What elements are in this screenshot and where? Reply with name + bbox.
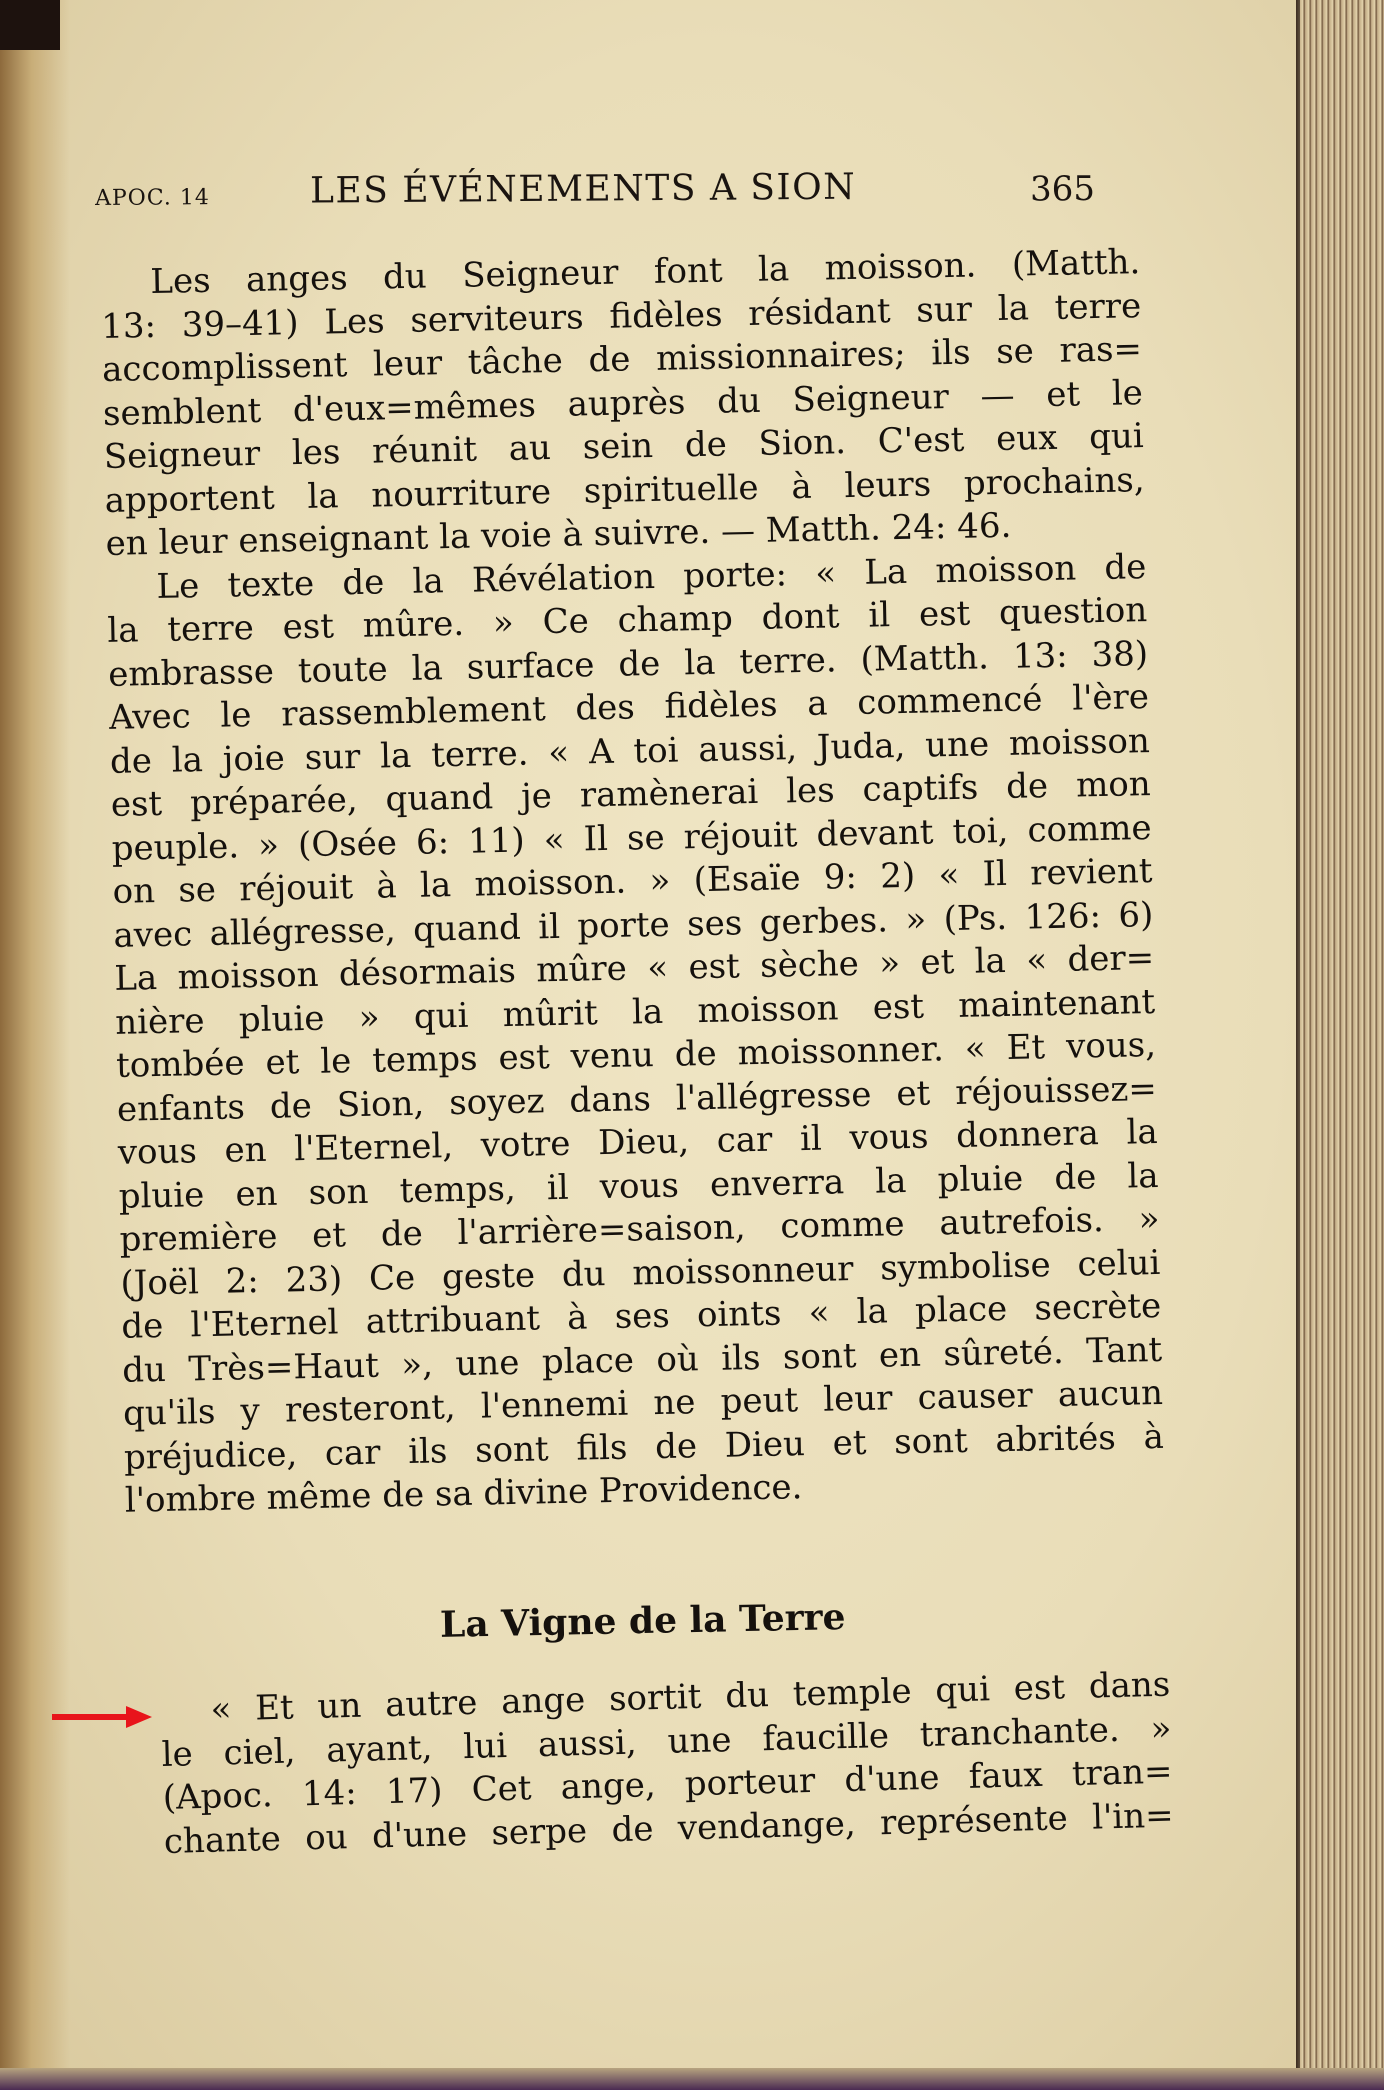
chapter-reference: APOC. 14 [95, 185, 210, 211]
page-corner-shadow [0, 0, 60, 50]
running-title: LES ÉVÉNEMENTS A SION [310, 167, 857, 212]
bottom-edge [0, 2068, 1384, 2090]
page-number: 365 [1030, 169, 1095, 209]
body-text: Les anges du Seigneur font la moisson. (… [100, 241, 1165, 1523]
page-stack-edges [1300, 0, 1384, 2090]
running-header: APOC. 14 LES ÉVÉNEMENTS A SION 365 [95, 165, 1095, 212]
arrow-right-icon [52, 1706, 152, 1728]
section-body-text: « Et un autre ange sortit du temple qui … [160, 1664, 1174, 1864]
gutter-shadow [0, 0, 70, 2090]
section-heading: La Vigne de la Terre [440, 1596, 846, 1646]
